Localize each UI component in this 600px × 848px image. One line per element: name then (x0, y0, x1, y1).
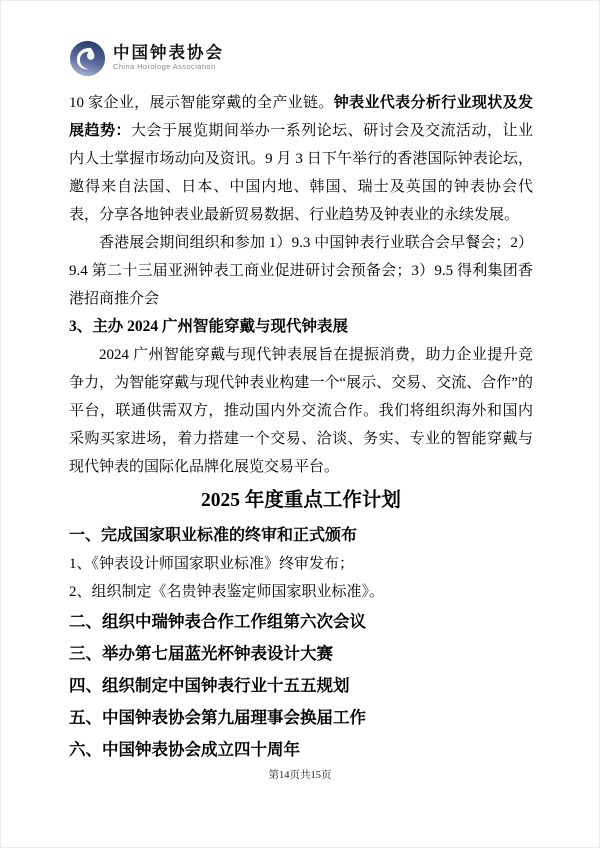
paragraph-run-regular: 大会于展览期间举办一系列论坛、研讨会及交流活动，让业内人士掌握市场动向及资讯。9… (69, 123, 533, 223)
plan-heading-2: 二、组织中瑞钟表合作工作组第六次会议 (69, 606, 533, 638)
paragraph-guangzhou-expo: 2024 广州智能穿戴与现代钟表展旨在提振消费，助力企业提升竞争力，为智能穿戴与… (69, 341, 533, 481)
page-content: 中国钟表协会 China Horologe Association 10 家企业… (69, 37, 533, 766)
plan-title: 2025 年度重点工作计划 (69, 487, 533, 515)
globe-swirl-icon (69, 40, 106, 77)
logo-text: 中国钟表协会 China Horologe Association (113, 44, 224, 72)
logo-name-cn: 中国钟表协会 (113, 44, 224, 62)
plan-heading-1: 一、完成国家职业标准的终审和正式颁布 (69, 521, 533, 550)
plan-heading-3: 三、举办第七届蓝光杯钟表设计大赛 (69, 638, 533, 670)
plan-heading-5: 五、中国钟表协会第九届理事会换届工作 (69, 702, 533, 734)
logo-name-en: China Horologe Association (113, 62, 224, 72)
plan-item-1: 1、《钟表设计师国家职业标准》终审发布； (69, 550, 533, 578)
plan-heading-4: 四、组织制定中国钟表行业十五五规划 (69, 670, 533, 702)
footer-page-number: 第14页共15页 (1, 767, 599, 782)
plan-heading-6: 六、中国钟表协会成立四十周年 (69, 734, 533, 766)
paragraph-hongkong-events: 香港展会期间组织和参加 1）9.3 中国钟表行业联合会早餐会；2）9.4 第二十… (69, 229, 533, 313)
heading-guangzhou-expo: 3、主办 2024 广州智能穿戴与现代钟表展 (69, 313, 533, 341)
paragraph-exhibition-overview: 10 家企业，展示智能穿戴的全产业链。钟表业代表分析行业现状及发展趋势：大会于展… (69, 89, 533, 229)
plan-item-2: 2、组织制定《名贵钟表鉴定师国家职业标准》。 (69, 578, 533, 606)
association-logo: 中国钟表协会 China Horologe Association (69, 37, 533, 79)
document-page: 中国钟表协会 China Horologe Association 10 家企业… (0, 0, 600, 848)
paragraph-run-regular: 10 家企业，展示智能穿戴的全产业链。 (69, 95, 334, 111)
